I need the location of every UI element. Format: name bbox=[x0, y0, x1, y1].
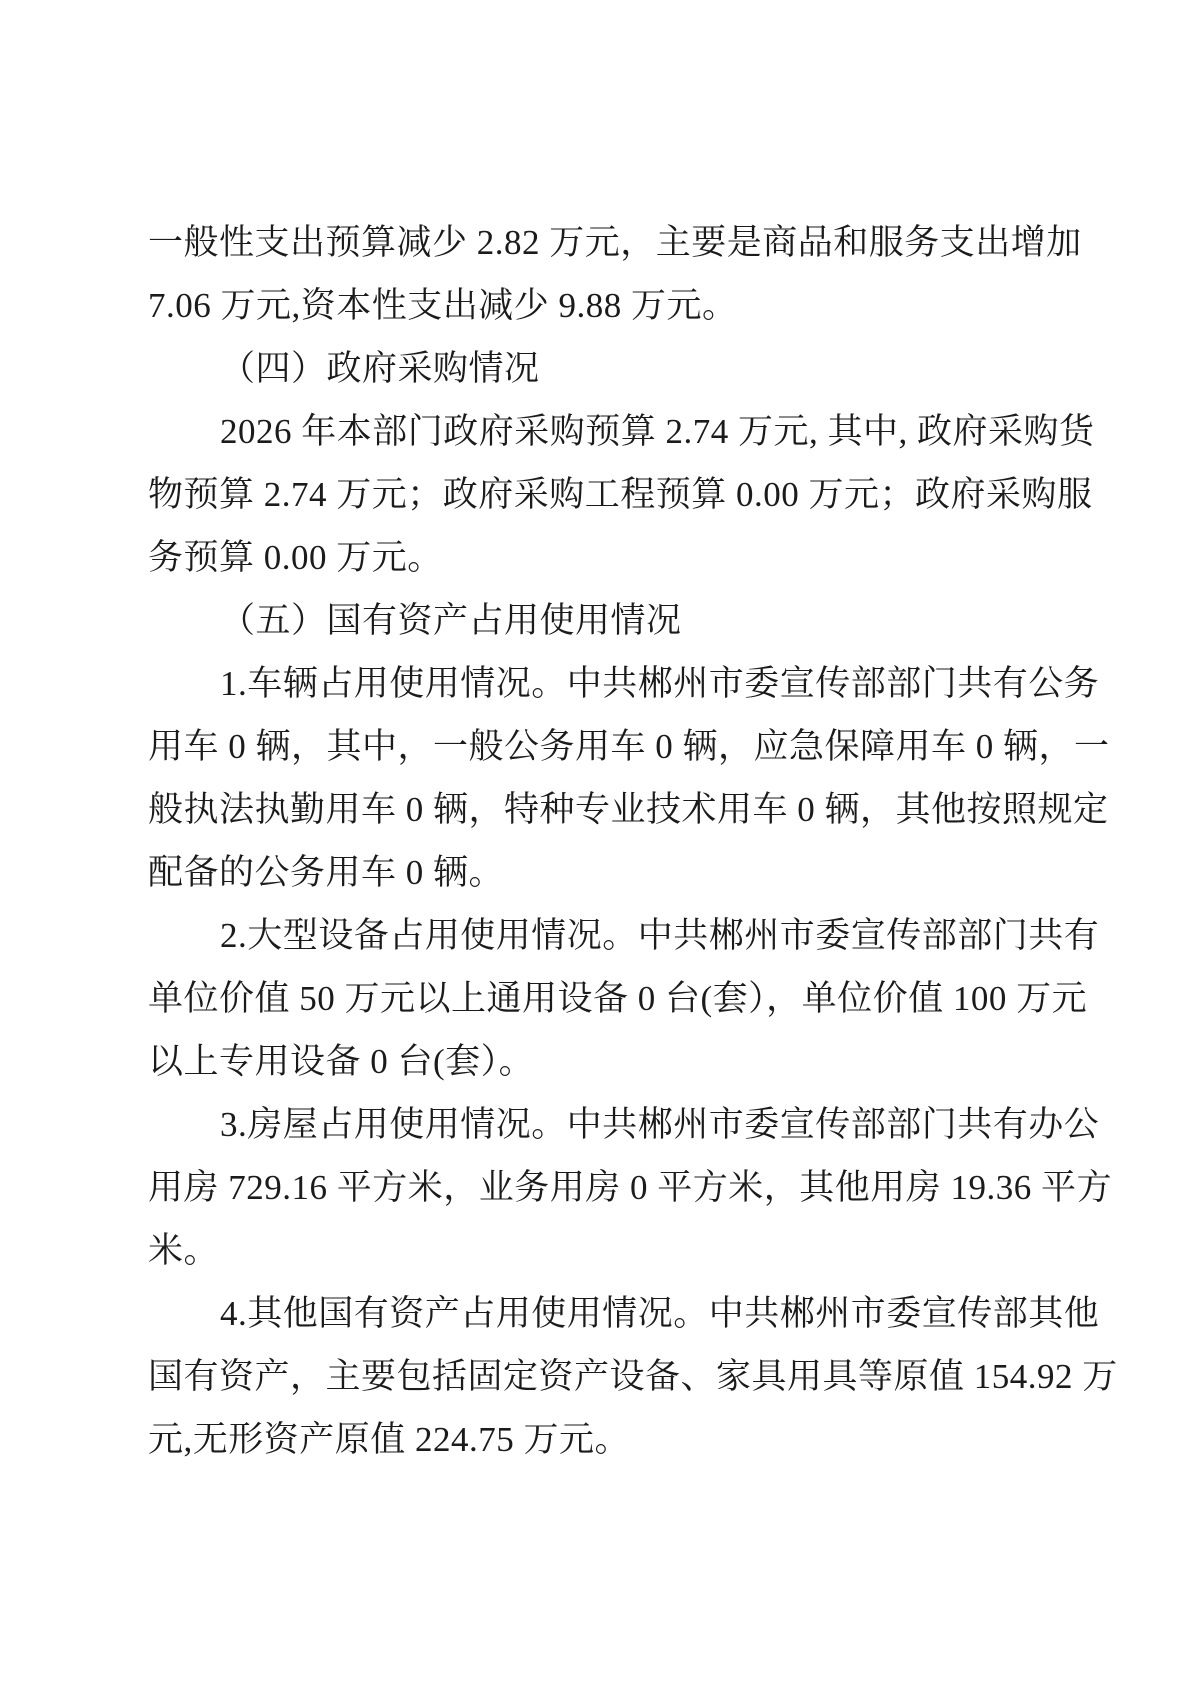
text-line: 2.大型设备占用使用情况。中共郴州市委宣传部部门共有 bbox=[148, 904, 1040, 967]
text-line: 用车 0 辆，其中，一般公务用车 0 辆，应急保障用车 0 辆，一 bbox=[148, 715, 1040, 778]
text-line: 3.房屋占用使用情况。中共郴州市委宣传部部门共有办公 bbox=[148, 1093, 1040, 1156]
text-line: 2026 年本部门政府采购预算 2.74 万元, 其中, 政府采购货 bbox=[148, 400, 1040, 463]
text-line: 以上专用设备 0 台(套）。 bbox=[148, 1030, 1040, 1093]
text-line: 4.其他国有资产占用使用情况。中共郴州市委宣传部其他 bbox=[148, 1282, 1040, 1345]
text-line: 国有资产，主要包括固定资产设备、家具用具等原值 154.92 万 bbox=[148, 1345, 1040, 1408]
text-line: 用房 729.16 平方米，业务用房 0 平方米，其他用房 19.36 平方 bbox=[148, 1156, 1040, 1219]
text-line: 般执法执勤用车 0 辆，特种专业技术用车 0 辆，其他按照规定 bbox=[148, 778, 1040, 841]
text-line: 物预算 2.74 万元；政府采购工程预算 0.00 万元；政府采购服 bbox=[148, 463, 1040, 526]
section-heading: （五）国有资产占用使用情况 bbox=[148, 589, 1040, 652]
text-line: 一般性支出预算减少 2.82 万元，主要是商品和服务支出增加 bbox=[148, 211, 1040, 274]
text-line: 配备的公务用车 0 辆。 bbox=[148, 841, 1040, 904]
text-line: 1.车辆占用使用情况。中共郴州市委宣传部部门共有公务 bbox=[148, 652, 1040, 715]
section-heading: （四）政府采购情况 bbox=[148, 337, 1040, 400]
text-line: 米。 bbox=[148, 1219, 1040, 1282]
text-line: 务预算 0.00 万元。 bbox=[148, 526, 1040, 589]
text-line: 7.06 万元,资本性支出减少 9.88 万元。 bbox=[148, 274, 1040, 337]
text-line: 元,无形资产原值 224.75 万元。 bbox=[148, 1408, 1040, 1471]
text-line: 单位价值 50 万元以上通用设备 0 台(套），单位价值 100 万元 bbox=[148, 967, 1040, 1030]
document-page: 一般性支出预算减少 2.82 万元，主要是商品和服务支出增加 7.06 万元,资… bbox=[0, 0, 1190, 1683]
document-text-block: 一般性支出预算减少 2.82 万元，主要是商品和服务支出增加 7.06 万元,资… bbox=[148, 211, 1040, 1471]
